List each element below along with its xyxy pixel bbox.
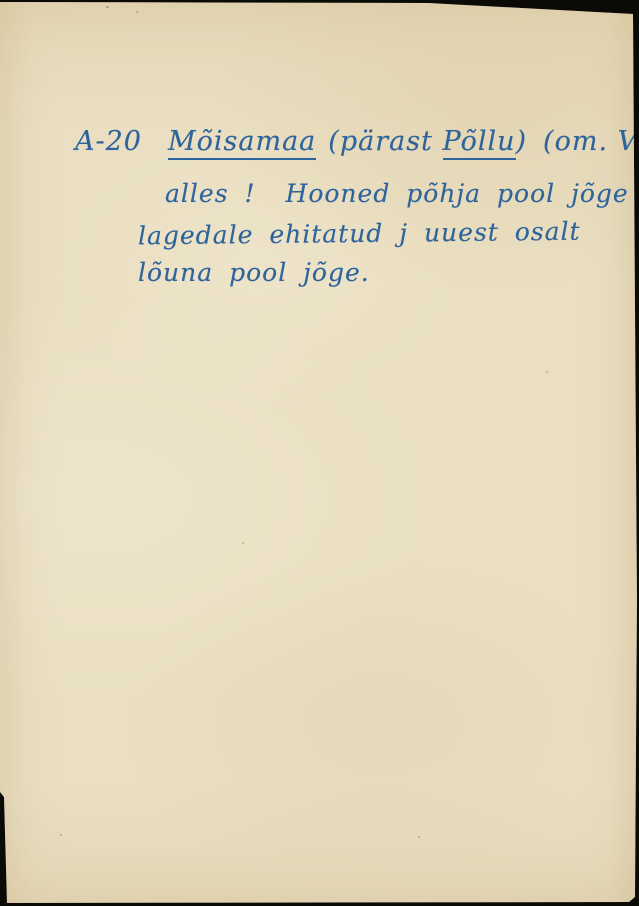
note-lagedale: lagedale ehitatud j uuest osalt bbox=[138, 217, 581, 251]
card-id: A-20 bbox=[75, 126, 142, 157]
paper-speck bbox=[546, 371, 548, 373]
card-place-name: Mõisamaa bbox=[168, 126, 316, 160]
note-hooned: Hooned põhja pool jõge — bbox=[286, 179, 639, 208]
scan-background: A-20 Mõisamaa (pärast Põllu) (om. Vingla… bbox=[0, 0, 639, 906]
former-name-open: (pärast bbox=[328, 126, 442, 157]
card-note-line-2: lagedale ehitatud j uuest osalt bbox=[138, 217, 581, 251]
index-card: A-20 Mõisamaa (pärast Põllu) (om. Vingla… bbox=[0, 0, 639, 906]
note-louna: lõuna pool jõge. bbox=[138, 258, 370, 287]
paper-speck bbox=[242, 542, 244, 544]
card-note-line-3: lõuna pool jõge. bbox=[138, 258, 370, 287]
card-former-name-note: (pärast Põllu) bbox=[328, 126, 527, 157]
card-note-line-1: alles ! Hooned põhja pool jõge — bbox=[165, 179, 639, 208]
paper-speck bbox=[418, 836, 420, 838]
paper-speck bbox=[106, 6, 109, 8]
paper-speck bbox=[60, 834, 62, 836]
former-name: Põllu bbox=[443, 126, 516, 160]
card-heading-line: A-20 Mõisamaa (pärast Põllu) (om. Vingla… bbox=[75, 126, 639, 160]
former-name-close: ) bbox=[516, 126, 528, 157]
note-alles: alles ! bbox=[165, 179, 256, 208]
paper-speck bbox=[136, 11, 138, 13]
card-owner-note: (om. Vingla) bbox=[543, 126, 639, 157]
